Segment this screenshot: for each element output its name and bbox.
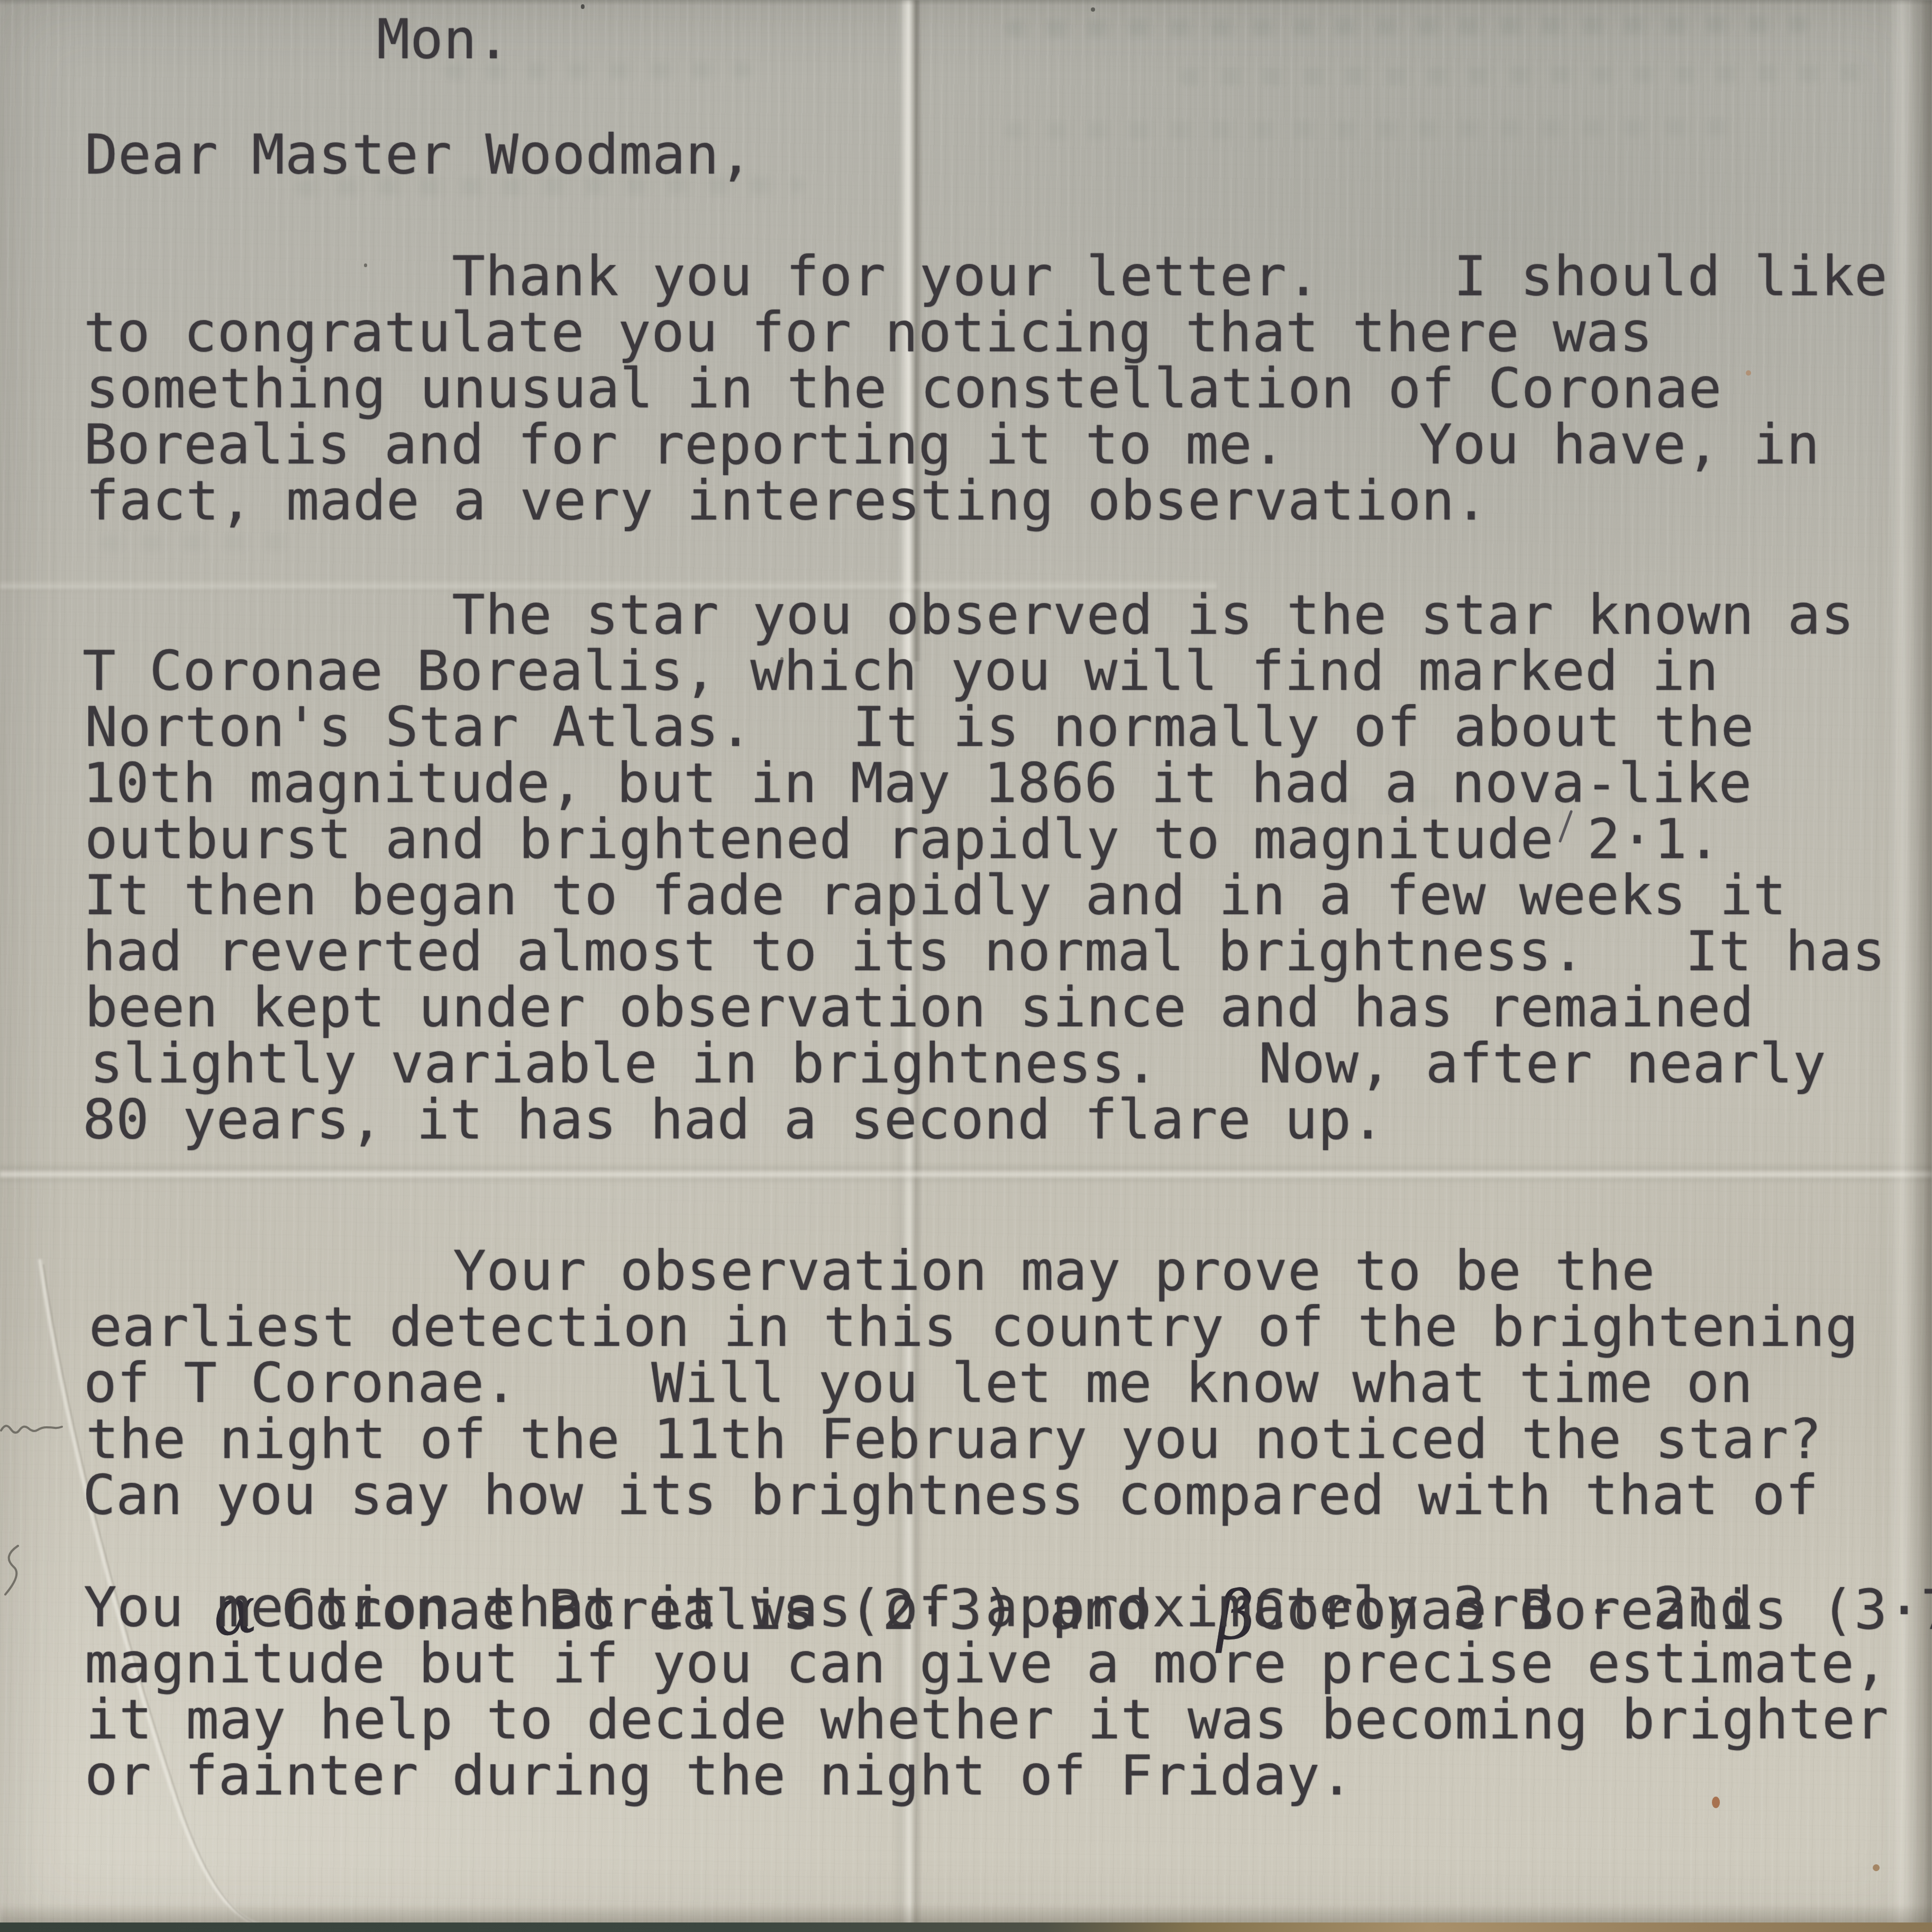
letter-line: 10th magnitude, but in May 1866 it had a… <box>83 755 1752 810</box>
top-paper-edge-shading <box>0 0 1932 5</box>
letter-line: had reverted almost to its normal bright… <box>83 924 1885 979</box>
letter-line: of T Coronae. Will you let me know what … <box>84 1355 1753 1410</box>
showthrough-smudge <box>1005 119 1746 139</box>
dark-speck <box>581 4 585 9</box>
letter-line: slightly variable in brightness. Now, af… <box>90 1036 1826 1091</box>
letter-line: 80 years, it has had a second flare up. <box>83 1092 1384 1147</box>
letter-line: to congratulate you for noticing that th… <box>84 305 1653 360</box>
letter-line: the night of the 11th February you notic… <box>86 1411 1822 1466</box>
pencil-mark <box>0 1544 32 1602</box>
showthrough-smudge <box>1180 65 1867 86</box>
horizontal-fold-crease <box>0 1163 1932 1184</box>
letter-line: Norton's Star Atlas. It is normally of a… <box>85 699 1754 754</box>
letter-line: Thank you for your letter. I should like <box>85 249 1888 304</box>
letter-line: It then began to fade rapidly and in a f… <box>84 868 1787 923</box>
letter-photo: Mon. Dear Master Woodman, Thank you for … <box>0 0 1932 1932</box>
letter-line: it may help to decide whether it was bec… <box>86 1692 1889 1747</box>
letter-line: been kept under observation since and ha… <box>85 980 1754 1035</box>
rust-fleck <box>1746 370 1751 376</box>
tabletop-edge <box>0 1922 1932 1932</box>
paper-bottom-shadow <box>0 1904 1932 1924</box>
letter-line: Borealis and for reporting it to me. You… <box>84 417 1820 472</box>
letter-line: Can you say how its brightness compared … <box>83 1468 1819 1523</box>
showthrough-smudge <box>101 534 291 552</box>
letter-line: something unusual in the constellation o… <box>86 361 1722 416</box>
letter-line: fact, made a very interesting observatio… <box>86 473 1488 528</box>
dateline: Mon. <box>377 12 510 67</box>
letter-line: You mention that it was of approximately… <box>84 1580 1753 1635</box>
letter-line: outburst and brightened rapidly to magni… <box>85 812 1721 867</box>
showthrough-smudge <box>1005 16 1809 37</box>
letter-line: T Coronae Borealis, which you will find … <box>83 643 1719 698</box>
dark-speck <box>1091 7 1095 12</box>
rust-fleck <box>1873 1864 1880 1871</box>
rust-fleck <box>1712 1797 1720 1808</box>
salutation: Dear Master Woodman, <box>85 127 752 182</box>
letter-line: or fainter during the night of Friday. <box>85 1748 1353 1803</box>
letter-line: Your observation may prove to be the <box>86 1243 1655 1298</box>
letter-line: The star you observed is the star known … <box>85 587 1854 642</box>
letter-line: magnitude but if you can give a more pre… <box>85 1636 1888 1691</box>
letter-line: earliest detection in this country of th… <box>89 1299 1858 1354</box>
pencil-squiggle <box>0 1407 69 1455</box>
